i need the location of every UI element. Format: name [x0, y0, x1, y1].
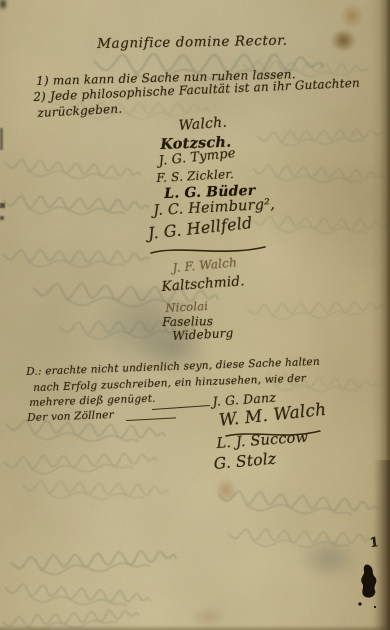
- closing-note-line-4: Der von Zöllner: [27, 409, 114, 424]
- signature: Nicolai: [165, 299, 208, 315]
- bleed-through-writing: [1, 580, 152, 611]
- signature: Walch.: [178, 115, 228, 134]
- bleed-through-writing: [0, 247, 150, 271]
- page-heading: Magnifice domine Rector.: [97, 33, 288, 52]
- signature: J. F. Walch: [172, 255, 238, 275]
- bleed-through-writing: [250, 213, 390, 238]
- bleed-through-writing: [255, 126, 386, 149]
- stain: [331, 29, 356, 52]
- edge-mark: [0, 216, 4, 220]
- stain: [341, 4, 363, 28]
- bleed-through-writing: [20, 477, 171, 503]
- bleed-through-writing: [250, 161, 386, 187]
- stain: [190, 606, 226, 628]
- closing-signature: G. Stolz: [213, 450, 277, 473]
- signature-flourish: [149, 243, 269, 257]
- corner-mark: [0, 0, 8, 11]
- flourish-dash: [152, 405, 210, 410]
- page-edge-shadow: [379, 0, 390, 630]
- manuscript-page: Magnifice domine Rector. 1) man kann die…: [0, 0, 390, 630]
- closing-note-line-3: mehrere dieß genüget.: [29, 393, 156, 409]
- bleed-through-writing: [225, 525, 376, 551]
- ink-blot: [354, 563, 382, 611]
- edge-mark: [0, 203, 5, 208]
- bleed-through-writing: [0, 449, 160, 477]
- bleed-through-writing: [214, 486, 380, 520]
- flourish-dash: [126, 417, 176, 421]
- bleed-through-writing: [0, 192, 150, 218]
- page-number: 1: [369, 535, 380, 551]
- signature: Kaltschmid.: [161, 273, 245, 295]
- smudge: [298, 538, 360, 580]
- edge-mark: [0, 128, 3, 150]
- page-edge-shadow: [0, 625, 390, 630]
- stain: [215, 477, 237, 503]
- bleed-through-writing: [1, 155, 142, 185]
- signature: Wideburg: [172, 326, 234, 343]
- bleed-through-writing: [245, 298, 386, 323]
- agenda-item-2-continuation: zurückgeben.: [37, 102, 123, 120]
- bleed-through-writing: [0, 605, 141, 630]
- bleed-through-writing: [7, 546, 178, 579]
- closing-signature: L. J. Succow: [216, 430, 309, 452]
- signature: F. S. Zickler.: [156, 167, 234, 185]
